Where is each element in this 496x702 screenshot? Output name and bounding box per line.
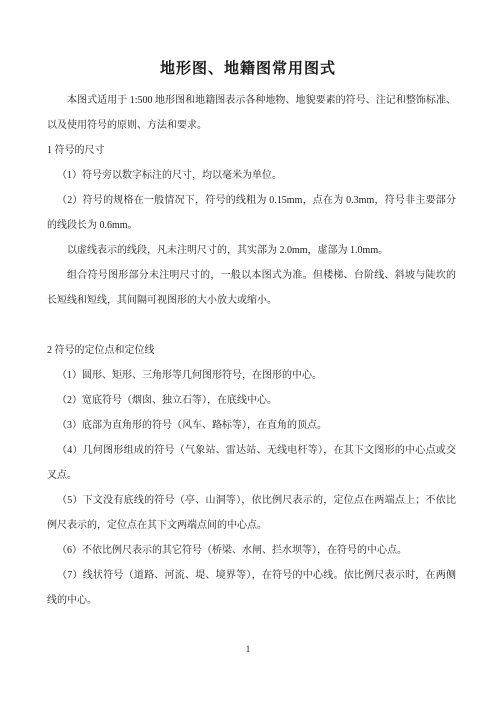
numbered-item: （3）底部为直角形的符号（风车、路标等），在直角的顶点。 (47, 413, 456, 438)
numbered-item: （2）宽底符号（烟囱、独立石等），在底线中心。 (47, 388, 456, 413)
section-heading: 2 符号的定位点和定位线 (47, 338, 456, 363)
page-number: 1 (0, 645, 496, 655)
paragraph: 组合符号图形部分未注明尺寸的，一般以本图式为准。但楼梯、台阶线、斜坡与陡坎的长短… (47, 263, 456, 313)
numbered-item: （1）符号旁以数字标注的尺寸，均以毫米为单位。 (47, 163, 456, 188)
document-page: 地形图、地籍图常用图式 本图式适用于 1:500 地形图和地籍图表示各种地物、地… (0, 0, 496, 702)
numbered-item: （5）下文没有底线的符号（亭、山洞等），依比例尺表示的，定位点在两端点上；不依比… (47, 488, 456, 538)
numbered-item: （4）几何图形组成的符号（气象站、雷达站、无线电杆等），在其下文图形的中心点或交… (47, 438, 456, 488)
numbered-item: （7）线状符号（道路、河流、堤、境界等），在符号的中心线。依比例尺表示时，在两侧… (47, 563, 456, 613)
document-title: 地形图、地籍图常用图式 (0, 0, 496, 80)
numbered-item: （2）符号的规格在一般情况下，符号的线粗为 0.15mm，点在为 0.3mm，符… (47, 188, 456, 238)
paragraph: 以虚线表示的线段，凡未注明尺寸的，其实部为 2.0mm，虚部为 1.0mm。 (47, 238, 456, 263)
section-heading: 1 符号的尺寸 (47, 138, 456, 163)
paragraph: 本图式适用于 1:500 地形图和地籍图表示各种地物、地貌要素的符号、注记和整饰… (47, 88, 456, 138)
document-body: 本图式适用于 1:500 地形图和地籍图表示各种地物、地貌要素的符号、注记和整饰… (0, 80, 496, 613)
numbered-item: （1）圆形、矩形、三角形等几何图形符号，在图形的中心。 (47, 363, 456, 388)
blank-line (47, 313, 456, 338)
numbered-item: （6）不依比例尺表示的其它符号（桥梁、水闸、拦水坝等），在符号的中心点。 (47, 538, 456, 563)
